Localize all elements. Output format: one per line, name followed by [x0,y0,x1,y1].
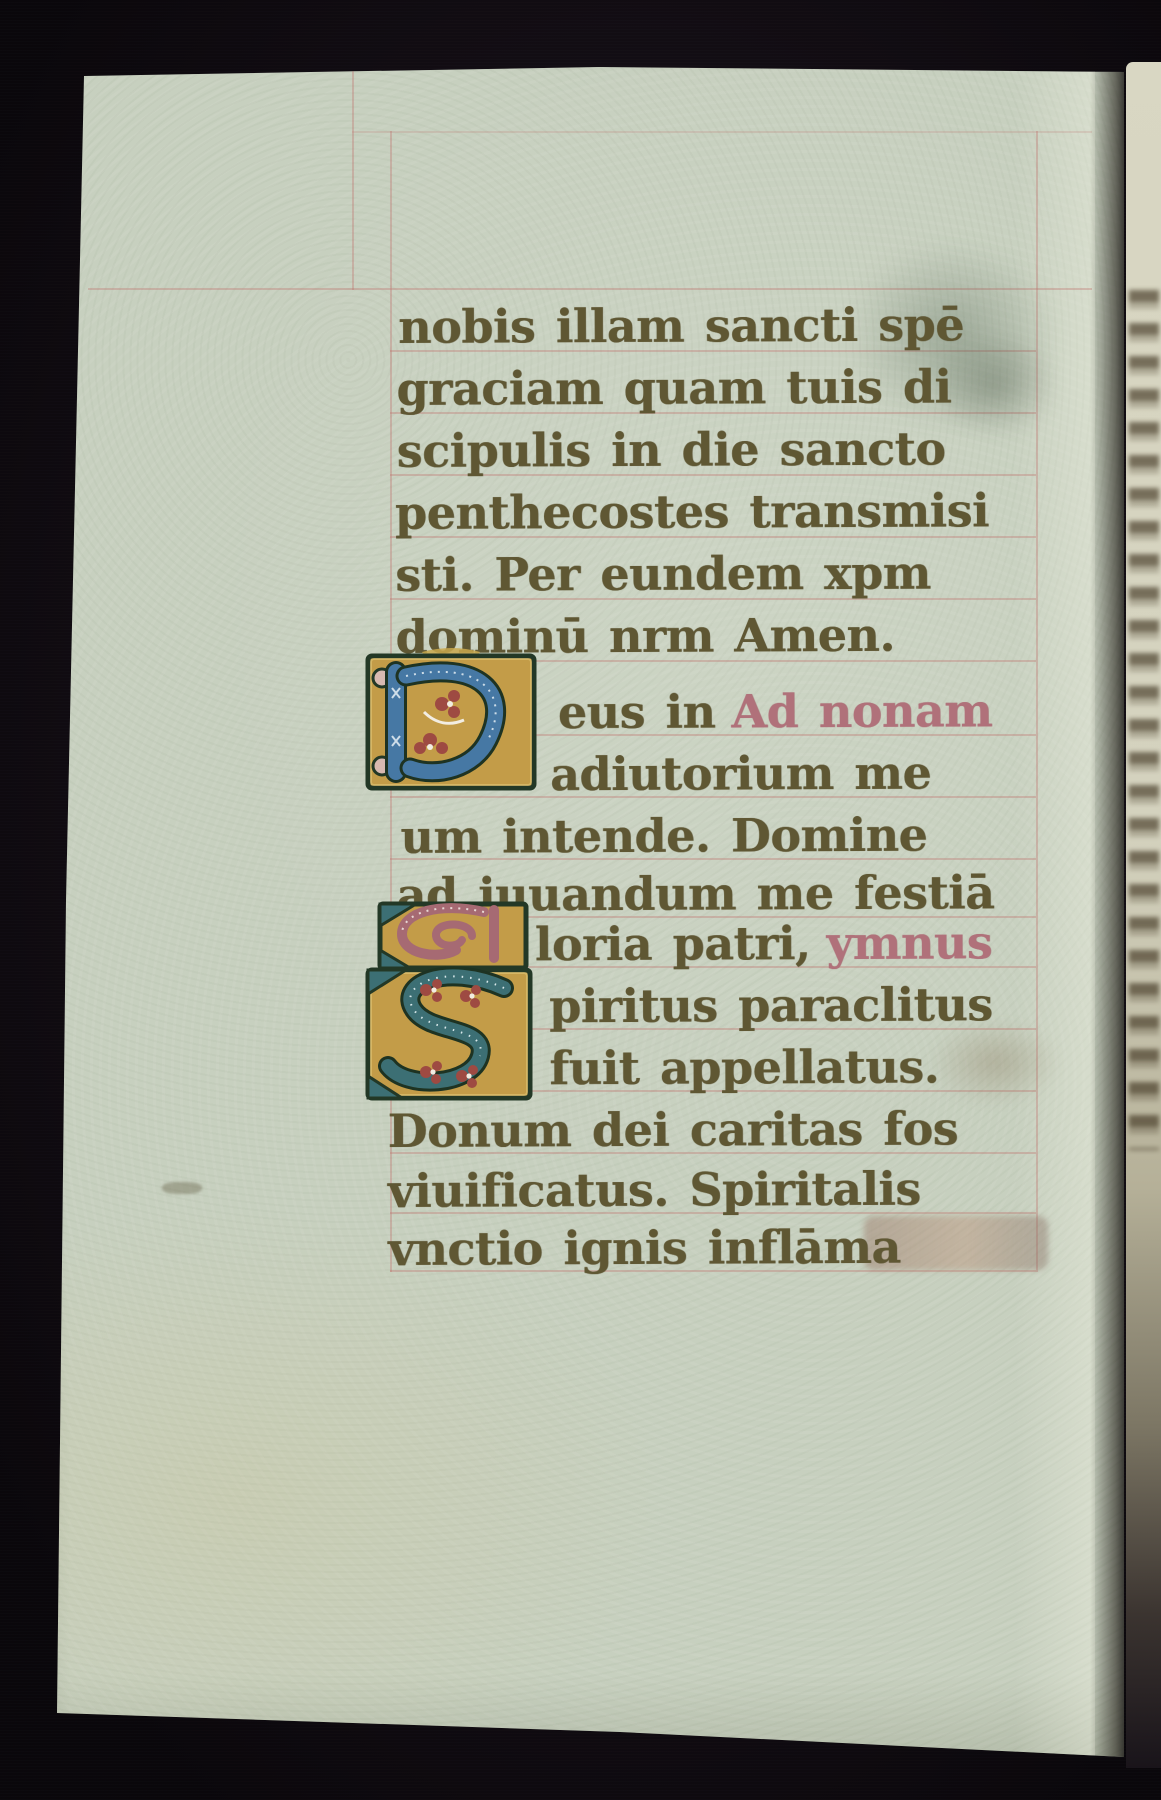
text-line: piritus paraclitus [549,979,993,1032]
text-run: loria patri, [535,916,811,971]
text-line: eus inAd nonam [558,685,993,737]
text-line: sti. Per eundem xpm [395,548,931,601]
facing-page-blurred-text [1129,290,1159,1150]
text-run: eus in [558,685,716,740]
photograph-background: nobis illam sancti spē graciam quam tuis… [0,0,1161,1800]
text-line: adiutorium me [550,748,931,800]
text-line: loria patri,ymnus [535,917,993,970]
rubric-ymnus: ymnus [826,915,992,970]
rubric-ad-nonam: Ad nonam [731,683,992,738]
text-line: nobis illam sancti spē [398,300,964,353]
text-line: vnctio ignis inflāma [388,1222,901,1275]
manuscript-page: nobis illam sancti spē graciam quam tuis… [0,0,1161,1800]
gutter-shadow [1090,58,1124,1764]
text-line: Donum dei caritas fos [388,1104,959,1157]
text-block: nobis illam sancti spē graciam quam tuis… [0,0,1161,1800]
text-line: um intende. Domine [400,810,927,863]
text-line: viuificatus. Spiritalis [388,1164,921,1217]
illuminated-initial-s [362,964,542,1106]
text-line: fuit appellatus. [549,1042,939,1094]
text-line: penthecostes transmisi [395,485,989,538]
facing-page-edge [1126,62,1161,1768]
illuminated-initial-g [376,900,530,972]
text-line: scipulis in die sancto [397,424,946,477]
illuminated-initial-d [362,648,544,796]
text-line: graciam quam tuis di [396,362,951,415]
